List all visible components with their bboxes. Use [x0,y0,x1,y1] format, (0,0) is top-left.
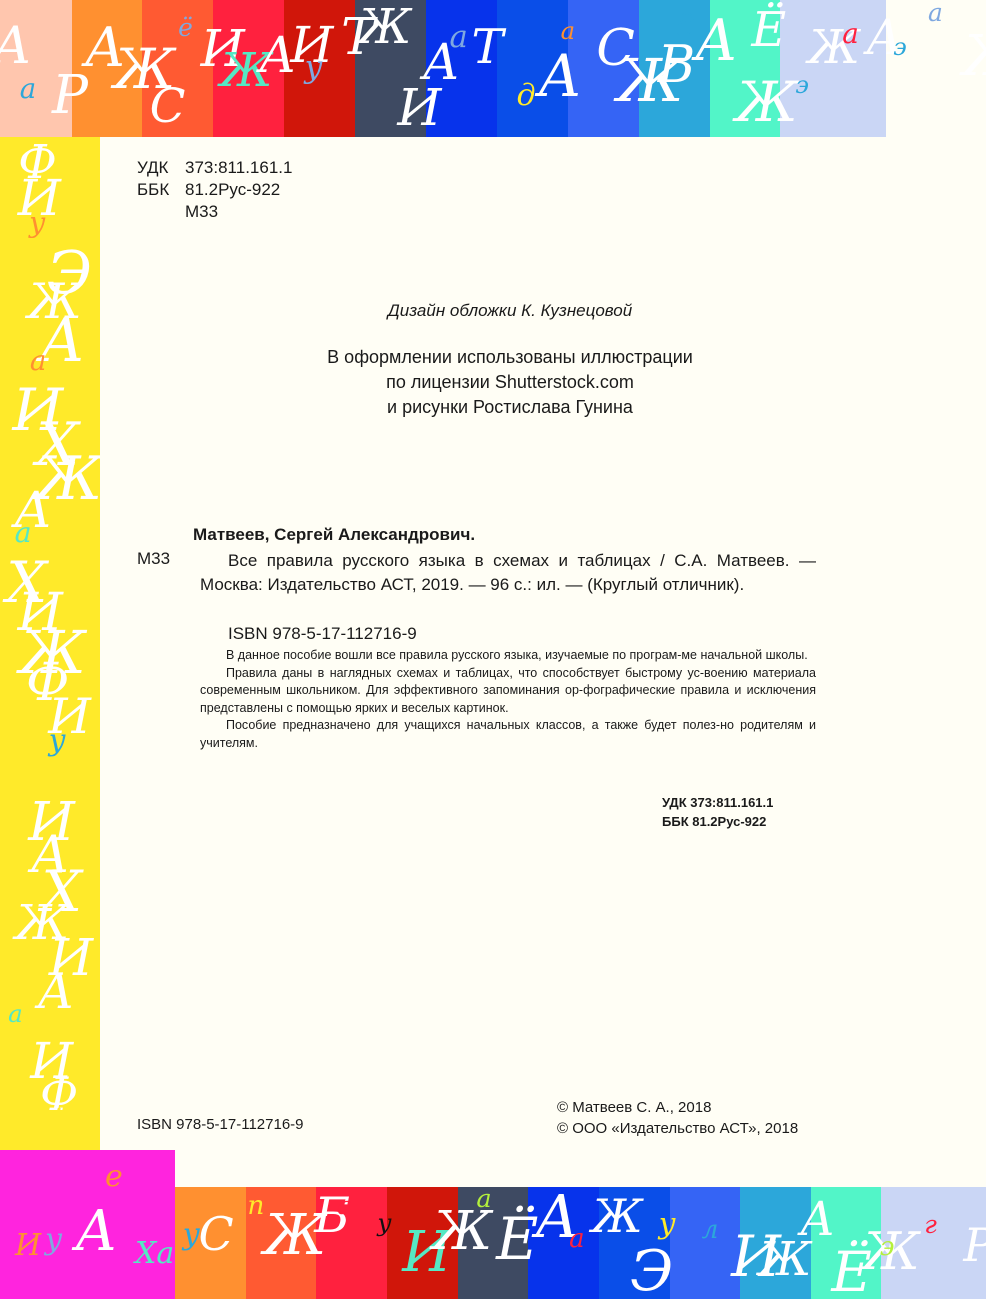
decorative-letter: И [12,381,63,439]
color-stripe [72,0,142,137]
copyright-block: © Матвеев С. А., 2018 © ООО «Издательств… [557,1097,798,1139]
decorative-letter: е [105,1162,123,1192]
udk-value: 373:811.161.1 [185,157,292,179]
decorative-letter: Ж [20,623,86,682]
decorative-letter: А [31,830,70,881]
catalog-code: М33 [137,549,170,569]
left-decorative-strip: ФИуЭЖАаИХЖАаХИЖФИуёИАХЖИАаИФё [0,0,100,1160]
color-stripe [175,1187,246,1299]
footer-isbn: ISBN 978-5-17-112716-9 [137,1116,304,1133]
decorative-letter: а [30,347,47,375]
color-stripe [355,0,426,137]
decorative-letter: а [8,1002,23,1027]
color-stripe [246,1187,317,1299]
decorative-letter: Э [47,243,92,302]
decorative-letter: у [29,209,45,237]
decorative-letter: Ж [963,29,986,85]
color-stripe [528,1187,599,1299]
decorative-letter: ё [51,761,68,790]
decorative-letter: А [14,485,52,535]
copyright-publisher: © ООО «Издательство АСТ», 2018 [557,1118,798,1139]
decorative-letter: а [928,1,943,26]
copyright-author: © Матвеев С. А., 2018 [557,1097,798,1118]
decorative-letter: И [18,588,63,640]
annotation: В данное пособие вошли все правила русск… [200,647,816,752]
color-stripe [284,0,355,137]
decorative-letter: у [49,726,66,755]
bbk-label: ББК [137,179,185,201]
top-decorative-band: АаРАЖСёИЖАИуТЖИАаТдАаСЖВдАЖЁэЖаАэаЖ [0,0,986,137]
color-stripe [458,1187,529,1299]
decorative-letter: Х [41,864,81,921]
decorative-letter: ё [51,1106,68,1134]
decorative-letter: И [18,174,61,224]
decorative-letter: И [49,933,93,984]
color-stripe [213,0,284,137]
decorative-letter: Ф [18,140,57,187]
catalog-classification: УДК 373:811.161.1 ББК 81.2Рус-922 [662,793,773,831]
color-stripe [710,0,780,137]
illustrations-line: В оформлении использованы иллюстрации [100,345,920,370]
catalog-udk: УДК 373:811.161.1 [662,793,773,812]
decorative-letter: Х [36,416,79,476]
decorative-letter: Ф [40,1071,78,1117]
color-stripe [780,0,886,137]
decorative-letter: а [15,519,32,547]
decorative-letter: Х [6,554,47,611]
bbk-value: 81.2Рус-922 [185,179,280,201]
decorative-letter: э [893,35,906,59]
illustrations-line: по лицензии Shutterstock.com [100,370,920,395]
header-classification-codes: УДК 373:811.161.1 ББК 81.2Рус-922 М33 [137,157,292,223]
illustrations-line: и рисунки Ростислава Гунина [100,395,920,420]
cover-design-credit: Дизайн обложки К. Кузнецовой [100,298,920,323]
annotation-paragraph: В данное пособие вошли все правила русск… [200,647,816,665]
decorative-letter: у [45,1225,62,1255]
catalog-bbk: ББК 81.2Рус-922 [662,812,773,831]
color-stripe [670,1187,741,1299]
author-sign: М33 [185,201,218,223]
decorative-letter: Ж [15,899,69,947]
color-stripe [881,1187,986,1299]
color-stripe [387,1187,458,1299]
color-stripe [599,1187,670,1299]
color-stripe [426,0,497,137]
color-stripe [316,1187,387,1299]
decorative-letter: И [30,1037,73,1086]
annotation-paragraph: Пособие предназначено для учащихся начал… [200,717,816,752]
decorative-letter: Ж [35,450,100,510]
catalog-author: Матвеев, Сергей Александрович. [193,525,475,545]
decorative-letter: А [37,968,74,1017]
decorative-letter: И [28,795,75,848]
color-stripe [639,0,710,137]
color-stripe [740,1187,811,1299]
decorative-letter: А [75,1204,117,1260]
decorative-letter: Ф [26,657,70,709]
bottom-decorative-band: уСпЖБауИЖаЁАаЖЭулИЖАЁЖэгР [175,1187,986,1299]
catalog-isbn: ISBN 978-5-17-112716-9 [228,624,417,644]
color-stripe [497,0,568,137]
color-stripe [142,0,213,137]
decorative-letter: А [40,312,85,372]
bottom-left-magenta-block: ИуАеХа [0,1150,175,1299]
bibliographic-entry: Все правила русского языка в схемах и та… [200,549,816,597]
decorative-letter: Ха [135,1239,174,1269]
decorative-letter: И [48,692,91,741]
color-stripe [811,1187,881,1299]
color-stripe [568,0,639,137]
decorative-letter: Ж [28,278,82,326]
decorative-letter: И [15,1231,41,1261]
annotation-paragraph: Правила даны в наглядных схемах и таблиц… [200,665,816,718]
udk-label: УДК [137,157,185,179]
illustrations-credit: В оформлении использованы иллюстрации по… [100,345,920,420]
color-stripe [0,0,72,137]
